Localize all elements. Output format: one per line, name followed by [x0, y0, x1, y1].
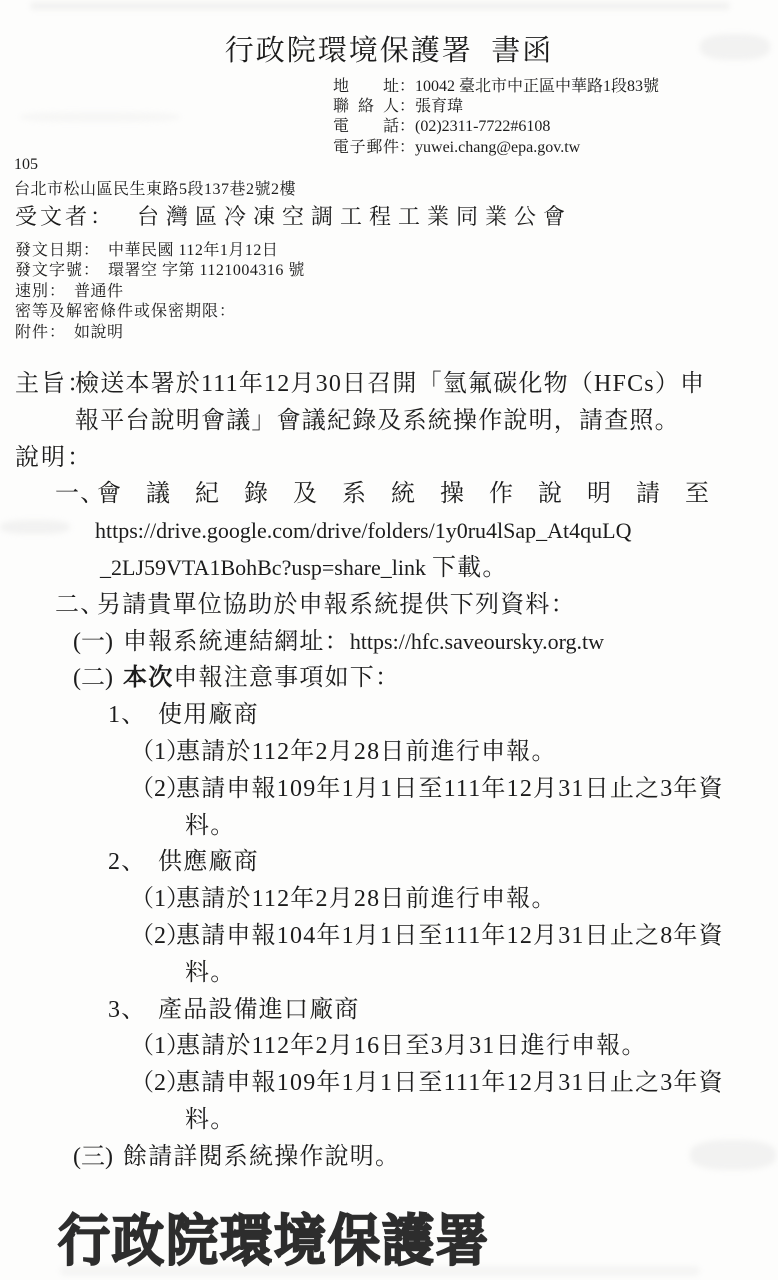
colon: ：	[399, 139, 415, 156]
email-label: 電子郵件	[333, 138, 399, 158]
letter-meta-block: 發文日期：中華民國 112年1月12日 發文字號：環署空 字第 11210043…	[15, 241, 305, 343]
explanation-item-1: 一、會議紀錄及系統操作說明請至	[0, 476, 778, 513]
recipient-line: 受文者：台灣區冷凍空調工程工業同業公會	[15, 200, 572, 231]
email-value: yuwei.chang@epa.gov.tw	[415, 139, 580, 156]
subject-text-2: 報平台說明會議」會議紀錄及系統操作說明，請查照。	[75, 408, 680, 434]
group-2-heading: 2、供應廠商	[0, 844, 778, 881]
subject-line-2: 報平台說明會議」會議紀錄及系統操作說明，請查照。	[0, 403, 778, 440]
drive-url-line-2: _2LJ59VTA1BohBc?usp=share_link下載。	[0, 550, 778, 587]
group-1-point-1-number: （1）	[130, 734, 176, 771]
attachment-row: 附件：如說明	[15, 323, 305, 343]
drive-url-part-2: _2LJ59VTA1BohBc?usp=share_link	[100, 555, 426, 580]
phone-label: 電話	[333, 117, 399, 137]
group-3-title: 產品設備進口廠商	[158, 997, 360, 1023]
sub-item-2: (二)本次申報注意事項如下：	[0, 660, 778, 697]
recipient-name: 台灣區冷凍空調工程工業同業公會	[137, 204, 572, 229]
group-1-point-1-text: 惠請於112年2月28日前進行申報。	[176, 739, 557, 765]
security-row: 密等及解密條件或保密期限：	[15, 302, 305, 322]
sub-item-1-text: 申報系統連結網址：	[123, 629, 350, 655]
address-value: 10042 臺北市中正區中華路1段83號	[415, 78, 659, 95]
group-1-point-1: （1）惠請於112年2月28日前進行申報。	[0, 734, 778, 771]
subject-text-1: 檢送本署於111年12月30日召開「氫氟碳化物（HFCs）申	[75, 371, 705, 397]
agency-contact-block: 地址：10042 臺北市中正區中華路1段83號 聯絡人：張育瑋 電話：(02)2…	[333, 77, 659, 158]
colon: ：	[399, 78, 415, 95]
group-3-number: 3、	[108, 992, 158, 1029]
contact-email-row: 電子郵件：yuwei.chang@epa.gov.tw	[333, 138, 659, 158]
group-2-point-1-number: （1）	[130, 881, 176, 918]
attachment-label: 附件：	[15, 324, 66, 341]
group-2-point-2-text: 惠請申報104年1月1日至111年12月31日止之8年資	[176, 923, 724, 949]
contact-person-label: 聯絡人	[333, 97, 399, 117]
speed-row: 速別：普通件	[15, 282, 305, 302]
sub-item-2-number: (二)	[73, 660, 123, 697]
download-suffix: 下載。	[432, 555, 508, 581]
item-1-text: 會議紀錄及系統操作說明請至	[97, 481, 734, 507]
group-1-point-2: （2）惠請申報109年1月1日至111年12月31日止之3年資	[0, 771, 778, 808]
group-1-point-2-continuation: 料。	[185, 813, 235, 839]
doc-number-row: 發文字號：環署空 字第 1121004316 號	[15, 261, 305, 281]
group-1-number: 1、	[108, 697, 158, 734]
issue-date-row: 發文日期：中華民國 112年1月12日	[15, 241, 305, 261]
recipient-zip: 105	[14, 156, 38, 174]
recipient-label: 受文者：	[15, 204, 115, 229]
group-3-point-1-text: 惠請於112年2月16日至3月31日進行申報。	[176, 1033, 647, 1059]
letter-body: 主旨：檢送本署於111年12月30日召開「氫氟碳化物（HFCs）申 報平台說明會…	[0, 366, 778, 1176]
sub-item-3-number: (三)	[73, 1139, 123, 1176]
security-label: 密等及解密條件或保密期限：	[15, 303, 236, 320]
group-3-point-2-continuation: 料。	[185, 1107, 235, 1133]
subject-line-1: 主旨：檢送本署於111年12月30日召開「氫氟碳化物（HFCs）申	[0, 366, 778, 403]
group-2-title: 供應廠商	[158, 849, 259, 875]
drive-url-line-1: https://drive.google.com/drive/folders/1…	[0, 513, 778, 550]
sub-item-2-bold-text: 本次	[123, 665, 173, 691]
sub-item-1: (一)申報系統連結網址：https://hfc.saveoursky.org.t…	[0, 624, 778, 661]
doc-number-label: 發文字號：	[15, 262, 100, 279]
group-1-title: 使用廠商	[158, 702, 259, 728]
sub-item-3-text: 餘請詳閱系統操作說明。	[123, 1144, 400, 1170]
explanation-item-2: 二、另請貴單位協助於申報系統提供下列資料：	[0, 587, 778, 624]
sub-item-2-text: 申報注意事項如下：	[173, 665, 400, 691]
group-2-point-2-continuation: 料。	[185, 960, 235, 986]
group-2-point-2: （2）惠請申報104年1月1日至111年12月31日止之8年資	[0, 918, 778, 955]
issue-date-value: 中華民國 112年1月12日	[108, 242, 278, 259]
group-1-point-2-number: （2）	[130, 771, 176, 808]
sub-item-1-number: (一)	[73, 624, 123, 661]
group-3-point-2: （2）惠請申報109年1月1日至111年12月31日止之3年資	[0, 1065, 778, 1102]
item-2-number: 二、	[55, 587, 97, 624]
group-2-point-2-number: （2）	[130, 918, 176, 955]
subject-label: 主旨：	[15, 366, 75, 403]
group-1-point-2-wrap: 料。	[0, 808, 778, 845]
phone-value: (02)2311-7722#6108	[415, 118, 550, 135]
group-2-number: 2、	[108, 844, 158, 881]
contact-address-row: 地址：10042 臺北市中正區中華路1段83號	[333, 77, 659, 97]
explanation-heading: 說明：	[0, 440, 778, 477]
scan-artifact	[20, 112, 180, 122]
colon: ：	[399, 98, 415, 115]
speed-value: 普通件	[74, 283, 124, 300]
group-3-point-2-wrap: 料。	[0, 1102, 778, 1139]
sub-item-3: (三)餘請詳閱系統操作說明。	[0, 1139, 778, 1176]
attachment-value: 如說明	[74, 324, 124, 341]
speed-label: 速別：	[15, 283, 66, 300]
agency-signature-stamp: 行政院環境保護署	[58, 1196, 490, 1276]
group-3-point-2-text: 惠請申報109年1月1日至111年12月31日止之3年資	[176, 1070, 724, 1096]
drive-url-part-1: https://drive.google.com/drive/folders/1…	[95, 518, 631, 543]
group-3-point-1-number: （1）	[130, 1028, 176, 1065]
contact-person-row: 聯絡人：張育瑋	[333, 97, 659, 117]
group-2-point-1: （1）惠請於112年2月28日前進行申報。	[0, 881, 778, 918]
item-1-number: 一、	[55, 476, 97, 513]
item-2-text: 另請貴單位協助於申報系統提供下列資料：	[97, 592, 576, 618]
recipient-street: 台北市松山區民生東路5段137巷2號2樓	[14, 176, 296, 199]
hfc-system-url: https://hfc.saveoursky.org.tw	[350, 629, 604, 654]
scan-artifact	[30, 2, 730, 10]
colon: ：	[399, 118, 415, 135]
document-title: 行政院環境保護署 書函	[0, 28, 778, 69]
address-label: 地址	[333, 77, 399, 97]
group-2-point-2-wrap: 料。	[0, 955, 778, 992]
group-3-point-2-number: （2）	[130, 1065, 176, 1102]
group-3-heading: 3、產品設備進口廠商	[0, 992, 778, 1029]
group-1-heading: 1、使用廠商	[0, 697, 778, 734]
scanned-letter-page: 行政院環境保護署 書函 地址：10042 臺北市中正區中華路1段83號 聯絡人：…	[0, 0, 778, 1280]
doc-number-value: 環署空 字第 1121004316 號	[108, 262, 305, 279]
group-3-point-1: （1）惠請於112年2月16日至3月31日進行申報。	[0, 1028, 778, 1065]
group-2-point-1-text: 惠請於112年2月28日前進行申報。	[176, 886, 557, 912]
contact-person-value: 張育瑋	[415, 98, 463, 115]
contact-phone-row: 電話：(02)2311-7722#6108	[333, 117, 659, 137]
explanation-label: 說明：	[15, 440, 75, 477]
issue-date-label: 發文日期：	[15, 242, 100, 259]
group-1-point-2-text: 惠請申報109年1月1日至111年12月31日止之3年資	[176, 776, 724, 802]
